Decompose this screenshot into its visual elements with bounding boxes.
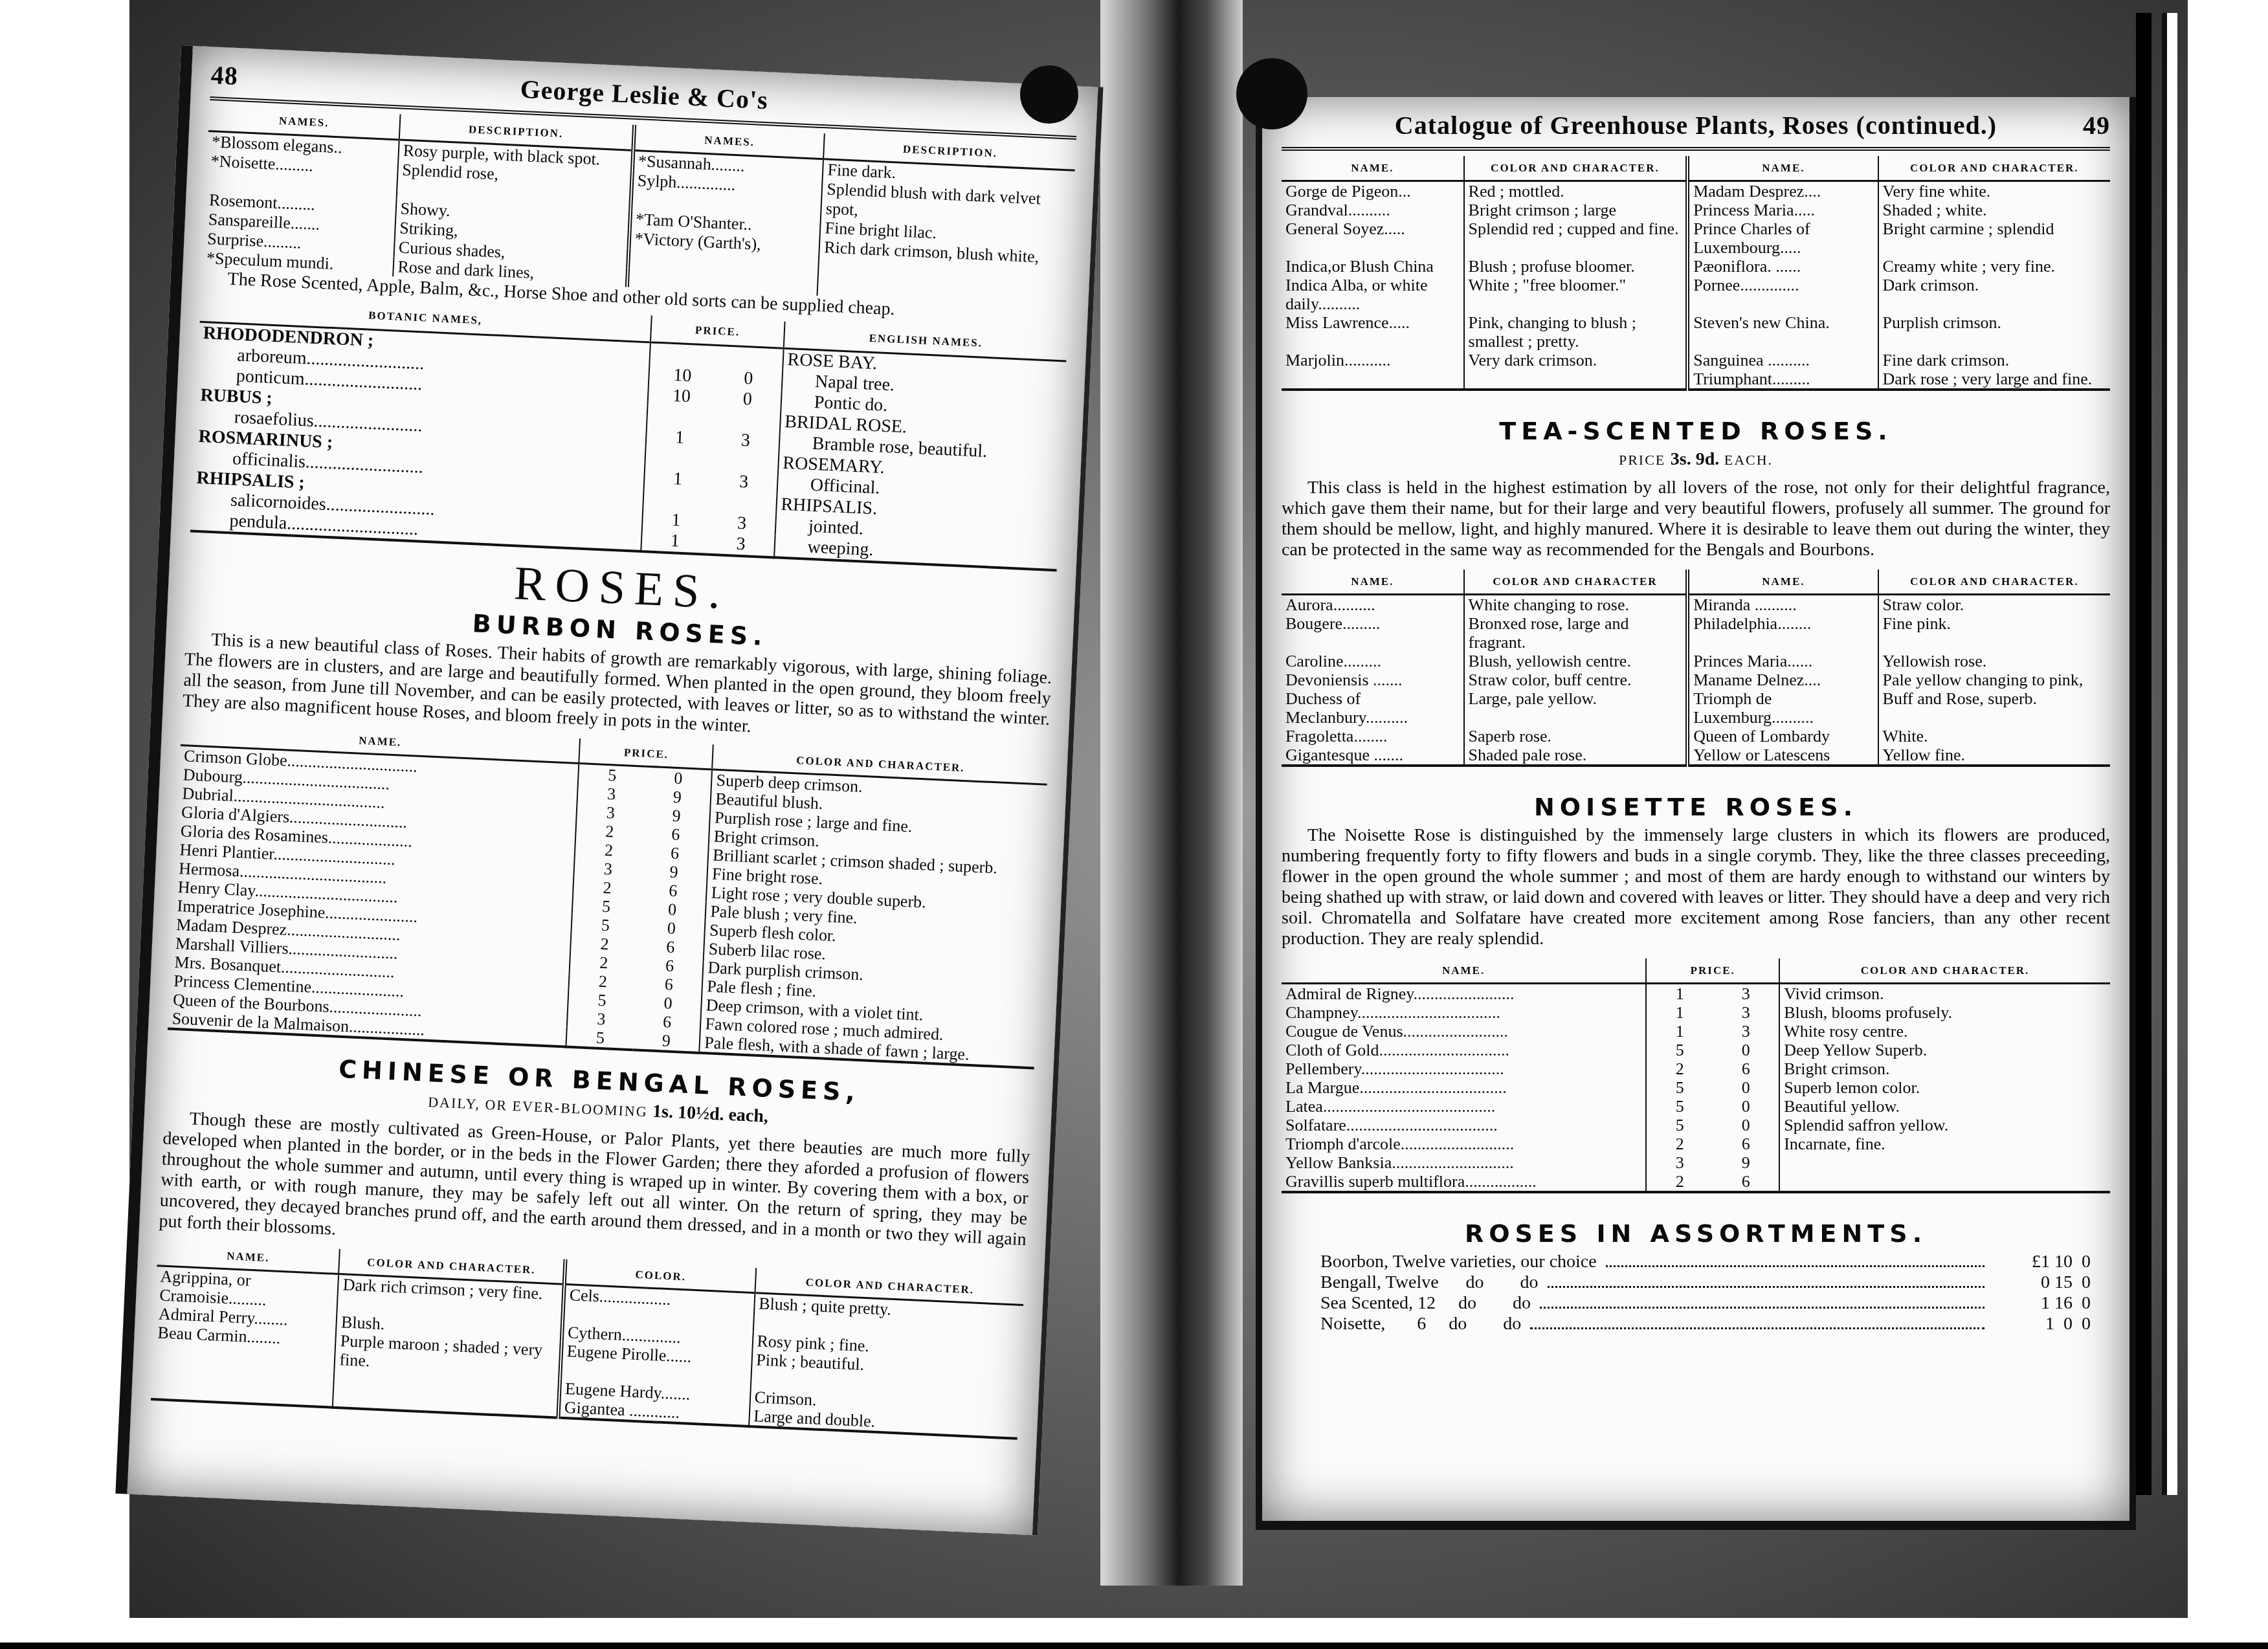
assortment-label: Bengall, Twelve do do xyxy=(1320,1272,1539,1293)
ink-stain xyxy=(1236,58,1307,129)
price-shillings: 2 xyxy=(575,821,643,843)
rose-name: Indica,or Blush China xyxy=(1282,257,1464,276)
price-shillings: 5 xyxy=(1646,1078,1713,1097)
price-pence: 0 xyxy=(1713,1041,1779,1059)
price-pence: 6 xyxy=(1713,1134,1779,1153)
rose-desc: Bright carmine ; splendid xyxy=(1878,219,2110,257)
price-pence: 0 xyxy=(1713,1097,1779,1116)
rose-name: Champney................................… xyxy=(1282,1003,1646,1022)
price-shillings xyxy=(643,488,710,512)
rose-desc: Pink, changing to blush ; smallest ; pre… xyxy=(1464,313,1688,351)
price-shillings: 2 xyxy=(1646,1134,1713,1153)
rose-desc: Dark rose ; very large and fine. xyxy=(1878,370,2110,390)
table-row: Fragoletta........Saperb rose.Queen of L… xyxy=(1282,727,2110,746)
table-row: Gorge de Pigeon...Red ; mottled.Madam De… xyxy=(1282,181,2110,201)
rose-name: Grandval.......... xyxy=(1282,201,1464,219)
col-header-color-char: COLOR AND CHARACTER. xyxy=(1878,156,2110,181)
rose-desc: Purplish crimson. xyxy=(1878,313,2110,351)
price-pence: 9 xyxy=(1713,1153,1779,1172)
assortments-title: ROSES IN ASSORTMENTS. xyxy=(1282,1219,2110,1248)
book-edge xyxy=(2136,13,2151,1495)
price-shillings: 1 xyxy=(642,509,709,533)
price-pence: 3 xyxy=(712,429,779,453)
rose-desc: Straw color, buff centre. xyxy=(1464,670,1688,689)
rose-name: Triumphant......... xyxy=(1687,370,1878,390)
rose-desc: Yellowish rose. xyxy=(1878,652,2110,670)
price-pence xyxy=(709,491,777,515)
right-running-head-title: Catalogue of Greenhouse Plants, Roses (c… xyxy=(1395,111,1997,140)
price-shillings: 3 xyxy=(567,1008,634,1030)
rose-name: Yellow Banksia..........................… xyxy=(1282,1153,1646,1172)
rose-name: Sanguinea .......... xyxy=(1687,351,1878,370)
price-pence: 3 xyxy=(710,470,777,494)
tea-title: TEA-SCENTED ROSES. xyxy=(1282,417,2110,445)
rose-desc: White. xyxy=(1878,727,2110,746)
table-row: La Margue...............................… xyxy=(1282,1078,2110,1097)
price-pence: 0 xyxy=(638,917,706,939)
rose-name: Queen of Lombardy xyxy=(1687,727,1878,746)
price-pence: 9 xyxy=(641,861,708,883)
table-row: Grandval..........Bright crimson ; large… xyxy=(1282,201,2110,219)
price-shillings: 10 xyxy=(647,384,715,408)
rose-name: Yellow or Latescens xyxy=(1687,746,1878,766)
table-row: Duchess of Meclanbury..........Large, pa… xyxy=(1282,689,2110,727)
rose-name: Triomph d'arcole........................… xyxy=(1282,1134,1646,1153)
rose-name: Aurora.......... xyxy=(1282,595,1464,615)
col-header-name: NAME. xyxy=(1687,156,1878,181)
col-header-name: NAME. xyxy=(1282,570,1464,595)
noisette-table: NAME. PRICE. COLOR AND CHARACTER. Admira… xyxy=(1282,958,2110,1193)
col-header-name: NAME. xyxy=(1687,570,1878,595)
price-pence: 6 xyxy=(637,936,704,958)
price-shillings: 5 xyxy=(572,914,639,936)
rose-desc: White ; "free bloomer." xyxy=(1464,276,1688,313)
rose-name: General Soyez..... xyxy=(1282,219,1464,257)
price-pence: 0 xyxy=(1713,1116,1779,1134)
rose-desc: Fine dark crimson. xyxy=(1878,351,2110,370)
assortment-row: Sea Scented, 12 do do 1 16 0 xyxy=(1320,1293,2091,1314)
price-shillings: 1 xyxy=(645,426,713,450)
bengal-continued-table: NAME. COLOR AND CHARACTER. NAME. COLOR A… xyxy=(1282,156,2110,391)
rose-name: Maname Delnez.... xyxy=(1687,670,1878,689)
price-pence: 6 xyxy=(639,880,707,902)
price-shillings: 3 xyxy=(577,802,644,824)
left-page: 48 George Leslie & Co's NAMES. DESCRIPTI… xyxy=(115,45,1103,1535)
price-pence: 6 xyxy=(634,1011,701,1033)
rose-desc: Bronxed rose, large and fragrant. xyxy=(1464,614,1688,652)
table-row: Indica Alba, or white daily..........Whi… xyxy=(1282,276,2110,313)
price-shillings: 3 xyxy=(574,858,641,880)
col-header-price: PRICE. xyxy=(1646,958,1779,984)
price-pence: 9 xyxy=(643,805,711,827)
bengal-subtitle-label: DAILY, OR EVER-BLOOMING xyxy=(428,1094,649,1120)
dot-leader xyxy=(1540,1307,1984,1309)
price-shillings: 2 xyxy=(570,933,638,955)
assortment-price: 1 16 0 xyxy=(1994,1293,2091,1314)
rose-name: La Margue...............................… xyxy=(1282,1078,1646,1097)
book-edge-outer xyxy=(2162,13,2177,1495)
tea-table: NAME. COLOR AND CHARACTER NAME. COLOR AN… xyxy=(1282,570,2110,767)
rose-name: Fragoletta........ xyxy=(1282,727,1464,746)
rose-name: Indica Alba, or white daily.......... xyxy=(1282,276,1464,313)
assortment-price: 1 0 0 xyxy=(1994,1314,2091,1334)
dot-leader xyxy=(1606,1265,1984,1267)
price-shillings: 2 xyxy=(573,877,640,899)
rose-name: Prince Charles of Luxembourg..... xyxy=(1687,219,1878,257)
table-row: Cougue de Venus.........................… xyxy=(1282,1022,2110,1041)
price-pence: 3 xyxy=(707,533,775,558)
assortments-list: Boorbon, Twelve varieties, our choice £1… xyxy=(1320,1252,2091,1334)
price-shillings: 1 xyxy=(643,467,711,491)
price-pence: 9 xyxy=(633,1030,700,1053)
rose-name: Pornee.............. xyxy=(1687,276,1878,313)
price-pence: 6 xyxy=(636,955,704,977)
dot-leader xyxy=(1530,1327,1984,1329)
price-pence: 3 xyxy=(1713,984,1779,1004)
price-shillings: 5 xyxy=(568,990,636,1012)
price-shillings: 10 xyxy=(649,364,716,388)
table-row: Devoniensis .......Straw color, buff cen… xyxy=(1282,670,2110,689)
table-row: Champney................................… xyxy=(1282,1003,2110,1022)
rose-name: Steven's new China. xyxy=(1687,313,1878,351)
rose-name: Pæoniflora. ...... xyxy=(1687,257,1878,276)
rose-name: Latea...................................… xyxy=(1282,1097,1646,1116)
price-shillings: 3 xyxy=(577,783,645,805)
left-running-head-title: George Leslie & Co's xyxy=(520,74,769,115)
price-shillings: 5 xyxy=(572,896,639,918)
scan-bottom-border xyxy=(0,1643,2268,1649)
table-row: Admiral de Rigney.......................… xyxy=(1282,984,2110,1004)
price-shillings: 5 xyxy=(1646,1097,1713,1116)
table-row: Yellow Banksia..........................… xyxy=(1282,1153,2110,1172)
botanic-table: BOTANIC NAMES, PRICE. ENGLISH NAMES. RHO… xyxy=(190,295,1067,571)
rose-desc: Very fine white. xyxy=(1878,181,2110,201)
price-pence: 6 xyxy=(642,824,709,846)
price-pence: 6 xyxy=(636,973,703,995)
tea-price-line: PRICE 3s. 9d. EACH. xyxy=(1282,449,2110,470)
price-pence: 3 xyxy=(708,512,775,536)
rose-name: Bougere......... xyxy=(1282,614,1464,652)
rose-desc: Fine pink. xyxy=(1878,614,2110,652)
rose-desc: Shaded ; white. xyxy=(1878,201,2110,219)
book-spine xyxy=(1100,0,1243,1586)
rose-desc: Buff and Rose, superb. xyxy=(1878,689,2110,727)
price-pence: 3 xyxy=(1713,1022,1779,1041)
table-row: Triomph d'arcole........................… xyxy=(1282,1134,2110,1153)
rose-desc: Beautiful yellow. xyxy=(1779,1097,2110,1116)
price-shillings: 2 xyxy=(570,952,637,974)
price-shillings: 5 xyxy=(1646,1116,1713,1134)
rose-name: Admiral de Rigney.......................… xyxy=(1282,984,1646,1004)
table-row: Miss Lawrence.....Pink, changing to blus… xyxy=(1282,313,2110,351)
table-row: Bougere.........Bronxed rose, large and … xyxy=(1282,614,2110,652)
col-header-name: NAME. xyxy=(1282,958,1646,984)
price-shillings: 2 xyxy=(575,839,642,861)
table-row: Triumphant.........Dark rose ; very larg… xyxy=(1282,370,2110,390)
rose-desc: Vivid crimson. xyxy=(1779,984,2110,1004)
rose-desc: Splendid red ; cupped and fine. xyxy=(1464,219,1688,257)
price-pence: 0 xyxy=(714,388,781,412)
rose-desc: White rosy centre. xyxy=(1779,1022,2110,1041)
price-shillings xyxy=(647,405,714,429)
price-pence: 6 xyxy=(641,843,709,865)
table-row: Latea...................................… xyxy=(1282,1097,2110,1116)
price-shillings: 1 xyxy=(1646,1022,1713,1041)
rose-name: Pellembery..............................… xyxy=(1282,1059,1646,1078)
price-shillings xyxy=(645,447,712,470)
right-page: Catalogue of Greenhouse Plants, Roses (c… xyxy=(1256,97,2136,1530)
right-page-number: 49 xyxy=(2083,110,2110,140)
dot-leader xyxy=(1548,1286,1984,1288)
price-pence: 9 xyxy=(644,786,711,808)
rose-name: Madam Desprez.... xyxy=(1687,181,1878,201)
rose-name: Gravillis superb multiflora.............… xyxy=(1282,1172,1646,1192)
noisette-title: NOISETTE ROSES. xyxy=(1282,793,2110,821)
price-shillings: 5 xyxy=(578,764,645,786)
rose-name: Duchess of Meclanbury.......... xyxy=(1282,689,1464,727)
price-pence: 6 xyxy=(1713,1059,1779,1078)
price-pence: 0 xyxy=(645,766,712,789)
assortment-row: Boorbon, Twelve varieties, our choice £1… xyxy=(1320,1252,2091,1272)
col-header-color-char: COLOR AND CHARACTER. xyxy=(1779,958,2110,984)
rose-desc: Superb lemon color. xyxy=(1779,1078,2110,1097)
price-shillings: 1 xyxy=(1646,984,1713,1004)
rose-desc: Pale yellow changing to pink, xyxy=(1878,670,2110,689)
price-shillings: 5 xyxy=(1646,1041,1713,1059)
rose-desc: Creamy white ; very fine. xyxy=(1878,257,2110,276)
price-pence: 0 xyxy=(634,992,702,1014)
price-shillings: 1 xyxy=(1646,1003,1713,1022)
assortment-label: Noisette, 6 do do xyxy=(1320,1314,1521,1334)
table-row: Solfatare...............................… xyxy=(1282,1116,2110,1134)
rose-name: Marjolin........... xyxy=(1282,351,1464,370)
rose-name: Cloth of Gold...........................… xyxy=(1282,1041,1646,1059)
assortment-row: Bengall, Twelve do do 0 15 0 xyxy=(1320,1272,2091,1293)
assortment-row: Noisette, 6 do do 1 0 0 xyxy=(1320,1314,2091,1334)
rose-desc: Saperb rose. xyxy=(1464,727,1688,746)
rose-name: Triomph de Luxemburg.......... xyxy=(1687,689,1878,727)
rose-desc xyxy=(1779,1172,2110,1192)
rose-desc: Deep Yellow Superb. xyxy=(1779,1041,2110,1059)
price-pence xyxy=(713,408,781,432)
rose-name: Gigantesque ....... xyxy=(1282,746,1464,766)
rose-desc: White changing to rose. xyxy=(1464,595,1688,615)
bourbon-table: NAME. PRICE. COLOR AND CHARACTER. Crimso… xyxy=(168,720,1048,1069)
table-row: Marjolin...........Very dark crimson.San… xyxy=(1282,351,2110,370)
rose-name: Philadelphia........ xyxy=(1687,614,1878,652)
rose-name: Caroline......... xyxy=(1282,652,1464,670)
left-page-number: 48 xyxy=(210,60,239,91)
assortment-label: Sea Scented, 12 do do xyxy=(1320,1293,1531,1314)
tea-price-suffix: EACH. xyxy=(1724,452,1773,468)
rose-name: Princess Maria..... xyxy=(1687,201,1878,219)
rose-name: Gorge de Pigeon... xyxy=(1282,181,1464,201)
tea-intro: This class is held in the highest estima… xyxy=(1282,478,2110,560)
rose-desc: Bright crimson ; large xyxy=(1464,201,1688,219)
price-pence: 0 xyxy=(715,367,783,391)
rose-name: Devoniensis ....... xyxy=(1282,670,1464,689)
rose-desc: Very dark crimson. xyxy=(1464,351,1688,370)
price-shillings: 1 xyxy=(641,529,708,555)
price-pence: 0 xyxy=(639,898,706,920)
rose-name: Miranda .......... xyxy=(1687,595,1878,615)
assortment-price: £1 10 0 xyxy=(1994,1252,2091,1272)
price-pence xyxy=(716,346,783,370)
rose-desc: Shaded pale rose. xyxy=(1464,746,1688,766)
price-shillings: 2 xyxy=(569,971,636,993)
col-header-color-char: COLOR AND CHARACTER. xyxy=(1878,570,2110,595)
price-shillings xyxy=(649,342,717,367)
price-pence: 6 xyxy=(1713,1172,1779,1192)
rose-desc: Blush ; profuse bloomer. xyxy=(1464,257,1688,276)
noisette-intro: The Noisette Rose is distinguished by th… xyxy=(1282,825,2110,949)
rose-desc: Red ; mottled. xyxy=(1464,181,1688,201)
bengal-price: 1s. 10½d. each, xyxy=(652,1101,769,1127)
rose-desc: Incarnate, fine. xyxy=(1779,1134,2110,1153)
table-row: Indica,or Blush ChinaBlush ; profuse blo… xyxy=(1282,257,2110,276)
col-header-color-char: COLOR AND CHARACTER xyxy=(1464,570,1688,595)
table-row: Cloth of Gold...........................… xyxy=(1282,1041,2110,1059)
rose-name: Miss Lawrence..... xyxy=(1282,313,1464,351)
price-pence xyxy=(711,450,779,474)
price-shillings: 3 xyxy=(1646,1153,1713,1172)
rose-desc: Splendid saffron yellow. xyxy=(1779,1116,2110,1134)
rose-name: Solfatare...............................… xyxy=(1282,1116,1646,1134)
bengal-table: NAME. COLOR AND CHARACTER. COLOR. COLOR … xyxy=(151,1241,1025,1440)
table-row: Gigantesque .......Shaded pale rose.Yell… xyxy=(1282,746,2110,766)
table-row: Gravillis superb multiflora.............… xyxy=(1282,1172,2110,1192)
price-shillings: 5 xyxy=(566,1027,634,1050)
rose-desc: Blush, yellowish centre. xyxy=(1464,652,1688,670)
assortment-label: Boorbon, Twelve varieties, our choice xyxy=(1320,1252,1597,1272)
tea-price-value: 3s. 9d. xyxy=(1671,449,1719,469)
right-running-head: Catalogue of Greenhouse Plants, Roses (c… xyxy=(1282,110,2110,151)
rose-desc: Large, pale yellow. xyxy=(1464,689,1688,727)
price-shillings: 2 xyxy=(1646,1059,1713,1078)
price-pence: 3 xyxy=(1713,1003,1779,1022)
tea-price-label: PRICE xyxy=(1619,452,1665,468)
rose-desc: Dark crimson. xyxy=(1878,276,2110,313)
rose-desc: Yellow fine. xyxy=(1878,746,2110,766)
price-shillings: 2 xyxy=(1646,1172,1713,1192)
rose-desc: Blush, blooms profusely. xyxy=(1779,1003,2110,1022)
rose-desc xyxy=(1779,1153,2110,1172)
rose-name: Princes Maria...... xyxy=(1687,652,1878,670)
table-row: General Soyez.....Splendid red ; cupped … xyxy=(1282,219,2110,257)
rose-desc: Bright crimson. xyxy=(1779,1059,2110,1078)
table-row: Caroline.........Blush, yellowish centre… xyxy=(1282,652,2110,670)
col-header-color-char: COLOR AND CHARACTER. xyxy=(1464,156,1688,181)
table-row: Aurora..........White changing to rose.M… xyxy=(1282,595,2110,615)
rose-desc: Straw color. xyxy=(1878,595,2110,615)
rose-name: Cougue de Venus......................... xyxy=(1282,1022,1646,1041)
table-row: Pellembery..............................… xyxy=(1282,1059,2110,1078)
assortment-price: 0 15 0 xyxy=(1994,1272,2091,1293)
price-pence: 0 xyxy=(1713,1078,1779,1097)
col-header-name: NAME. xyxy=(1282,156,1464,181)
